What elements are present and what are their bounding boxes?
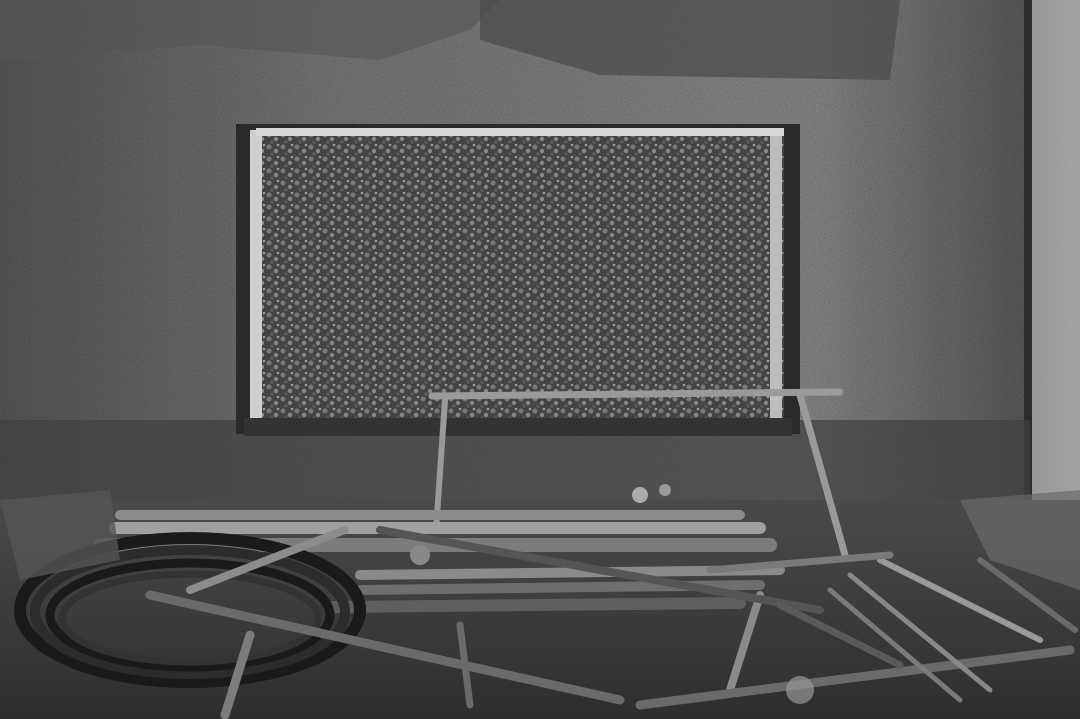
window-opening bbox=[236, 124, 800, 436]
photo bbox=[0, 0, 1080, 719]
photo-canvas bbox=[0, 0, 1080, 719]
